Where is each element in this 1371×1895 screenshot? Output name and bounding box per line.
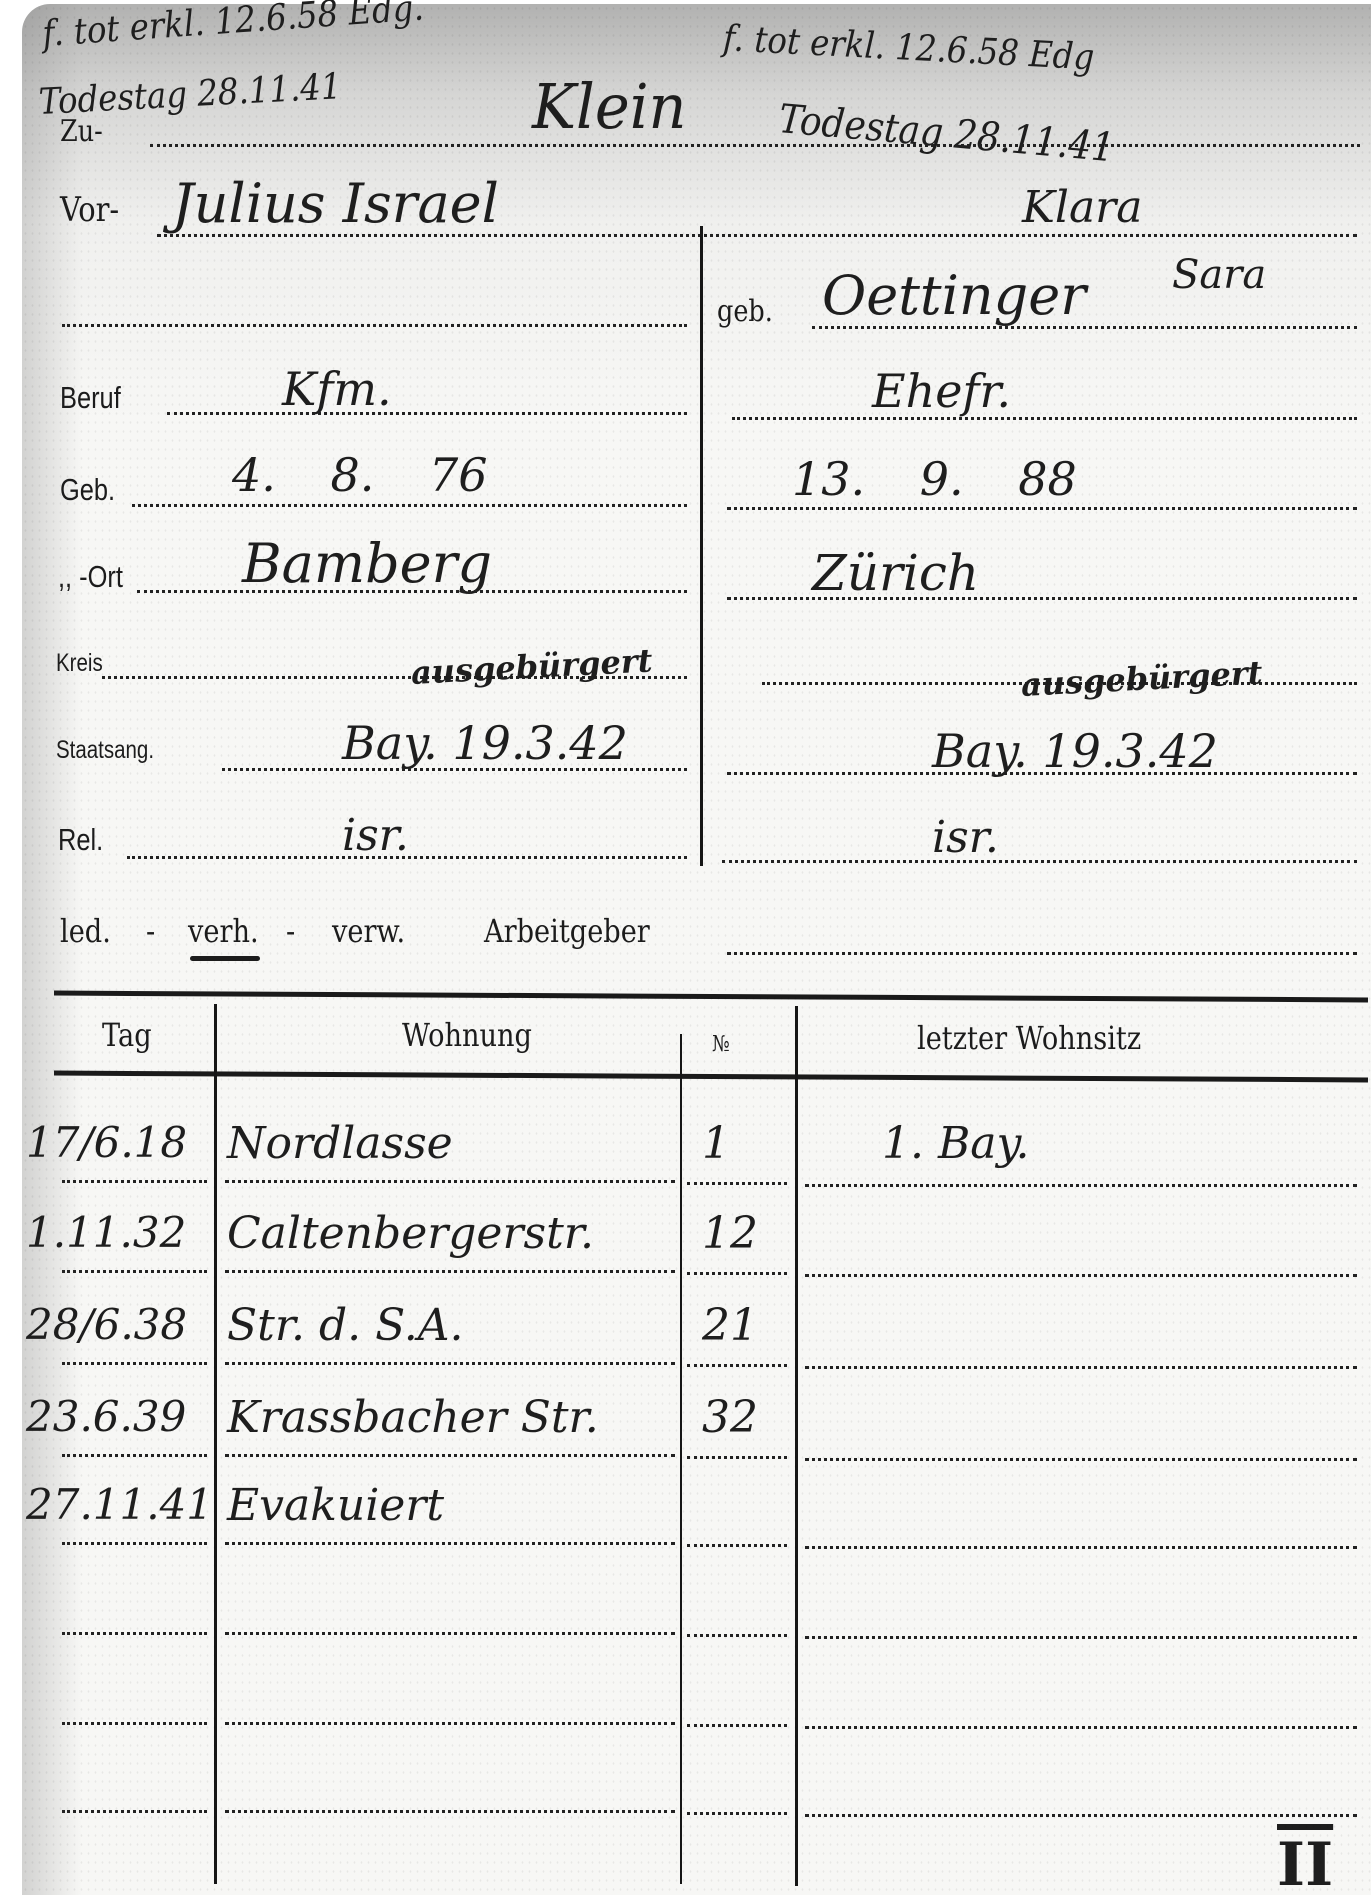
vor-line-2 bbox=[62, 324, 687, 327]
cell-tag: 27.11.41 bbox=[26, 1480, 213, 1529]
label-geb: Geb. bbox=[60, 472, 115, 508]
rel-line-left bbox=[127, 856, 687, 859]
row-line-nr bbox=[687, 1634, 787, 1637]
husband-vorname: Julius Israel bbox=[172, 172, 499, 235]
cell-nr: 1 bbox=[702, 1118, 730, 1169]
cell-wohnung: Nordlasse bbox=[227, 1118, 453, 1169]
annotation-top-left: f. tot erkl. 12.6.58 Edg. bbox=[41, 0, 425, 55]
cell-wohnung: Krassbacher Str. bbox=[227, 1392, 599, 1443]
row-line-letzter bbox=[805, 1636, 1357, 1639]
label-vor: Vor- bbox=[60, 190, 119, 230]
row-line-letzter bbox=[805, 1458, 1357, 1461]
row-line-wohnung bbox=[225, 1722, 675, 1725]
wife-ausgebuergert: ausgebürgert bbox=[1020, 653, 1263, 704]
label-geb-maiden: geb. bbox=[717, 294, 773, 329]
row-line-nr bbox=[687, 1812, 787, 1815]
wife-beruf: Ehefr. bbox=[872, 364, 1011, 418]
husband-beruf: Kfm. bbox=[282, 362, 392, 416]
row-line-letzter bbox=[805, 1814, 1357, 1817]
wife-maiden-name: Oettinger bbox=[822, 264, 1086, 327]
wife-geb: 13. 9. 88 bbox=[792, 452, 1077, 506]
row-line-wohnung bbox=[225, 1362, 675, 1365]
wife-vorname: Klara bbox=[1022, 182, 1142, 233]
row-line-letzter bbox=[805, 1184, 1357, 1187]
husband-rel: isr. bbox=[342, 810, 409, 861]
row-line-letzter bbox=[805, 1546, 1357, 1549]
wife-rel: isr. bbox=[932, 812, 999, 863]
cell-letzter-wohnsitz: 1. Bay. bbox=[882, 1118, 1030, 1169]
col-divider-wohnung bbox=[680, 1034, 682, 1884]
geb-line-right bbox=[727, 507, 1357, 510]
annotation-todestag-right: Todestag 28.11.41 bbox=[777, 96, 1116, 171]
cell-nr: 12 bbox=[702, 1208, 758, 1259]
label-kreis: Kreis bbox=[56, 649, 103, 678]
row-line-tag bbox=[62, 1542, 207, 1545]
arbeitgeber-line bbox=[727, 952, 1357, 955]
header-letzter-wohnsitz: letzter Wohnsitz bbox=[917, 1019, 1141, 1057]
row-line-tag bbox=[62, 1180, 207, 1183]
row-line-nr bbox=[687, 1456, 787, 1459]
ort-line-right bbox=[727, 597, 1357, 600]
row-line-tag bbox=[62, 1270, 207, 1273]
label-beruf: Beruf bbox=[60, 380, 121, 416]
status-verheiratet: verh. bbox=[188, 912, 259, 950]
husband-ort: Bamberg bbox=[242, 532, 492, 595]
col-divider-nr bbox=[795, 1006, 798, 1886]
table-top-rule bbox=[54, 991, 1368, 1003]
cell-tag: 17/6.18 bbox=[26, 1118, 187, 1167]
row-line-tag bbox=[62, 1810, 207, 1813]
cell-tag: 1.11.32 bbox=[26, 1208, 186, 1257]
row-line-wohnung bbox=[225, 1632, 675, 1635]
wife-ort: Zürich bbox=[812, 544, 979, 602]
corner-mark: II bbox=[1277, 1830, 1333, 1895]
row-line-tag bbox=[62, 1722, 207, 1725]
ort-line-left bbox=[137, 590, 687, 593]
row-line-tag bbox=[62, 1454, 207, 1457]
annotation-top-right: f. tot erkl. 12.6.58 Edg bbox=[722, 18, 1095, 78]
husband-ausgebuergert: ausgebürgert bbox=[410, 641, 653, 692]
husband-geb: 4. 8. 76 bbox=[232, 448, 488, 502]
label-zu: Zu- bbox=[60, 114, 103, 149]
status-verwitwet: verw. bbox=[332, 912, 405, 950]
wife-vorname-extra: Sara bbox=[1172, 252, 1266, 298]
staatsang-line-right bbox=[727, 772, 1357, 775]
row-line-nr bbox=[687, 1544, 787, 1547]
row-line-nr bbox=[687, 1724, 787, 1727]
label-arbeitgeber: Arbeitgeber bbox=[484, 912, 650, 950]
row-line-tag bbox=[62, 1632, 207, 1635]
vor-line bbox=[157, 234, 1357, 237]
status-separator-2: - bbox=[286, 912, 295, 950]
registration-card: f. tot erkl. 12.6.58 Edg. f. tot erkl. 1… bbox=[22, 4, 1371, 1895]
header-wohnung: Wohnung bbox=[402, 1016, 532, 1054]
row-line-wohnung bbox=[225, 1810, 675, 1813]
status-ledig: led. bbox=[60, 912, 111, 950]
geb-line-left bbox=[132, 504, 687, 507]
staatsang-line-left bbox=[222, 768, 687, 771]
cell-tag: 23.6.39 bbox=[26, 1392, 186, 1441]
row-line-wohnung bbox=[225, 1270, 675, 1273]
cell-nr: 32 bbox=[702, 1392, 758, 1443]
beruf-line-right bbox=[732, 417, 1357, 420]
wife-staatsang: Bay. 19.3.42 bbox=[932, 724, 1218, 778]
row-line-nr bbox=[687, 1272, 787, 1275]
row-line-wohnung bbox=[225, 1542, 675, 1545]
row-line-letzter bbox=[805, 1366, 1357, 1369]
status-separator-1: - bbox=[146, 912, 155, 950]
surname-value: Klein bbox=[532, 70, 686, 143]
row-line-tag bbox=[62, 1362, 207, 1365]
row-line-nr bbox=[687, 1182, 787, 1185]
cell-wohnung: Evakuiert bbox=[227, 1480, 444, 1531]
cell-nr: 21 bbox=[702, 1300, 758, 1351]
header-nr: № bbox=[712, 1032, 730, 1057]
geb-maiden-line bbox=[812, 326, 1357, 329]
cell-wohnung: Str. d. S.A. bbox=[227, 1300, 463, 1351]
husband-staatsang: Bay. 19.3.42 bbox=[342, 716, 628, 770]
beruf-line-left bbox=[167, 412, 687, 415]
row-line-wohnung bbox=[225, 1180, 675, 1183]
label-staatsang: Staatsang. bbox=[56, 736, 154, 765]
row-line-nr bbox=[687, 1364, 787, 1367]
rel-line-right bbox=[722, 860, 1357, 863]
col-divider-tag bbox=[214, 1004, 217, 1884]
row-line-letzter bbox=[805, 1274, 1357, 1277]
row-line-letzter bbox=[805, 1726, 1357, 1729]
column-divider bbox=[700, 226, 703, 866]
cell-tag: 28/6.38 bbox=[26, 1300, 187, 1349]
status-selected-underline bbox=[190, 956, 260, 961]
row-line-wohnung bbox=[225, 1454, 675, 1457]
zu-line bbox=[150, 144, 1360, 147]
label-ort: ,, -Ort bbox=[58, 559, 123, 595]
cell-wohnung: Caltenbergerstr. bbox=[227, 1208, 594, 1259]
table-header-rule bbox=[54, 1071, 1368, 1083]
label-rel: Rel. bbox=[58, 822, 103, 858]
header-tag: Tag bbox=[102, 1016, 152, 1054]
